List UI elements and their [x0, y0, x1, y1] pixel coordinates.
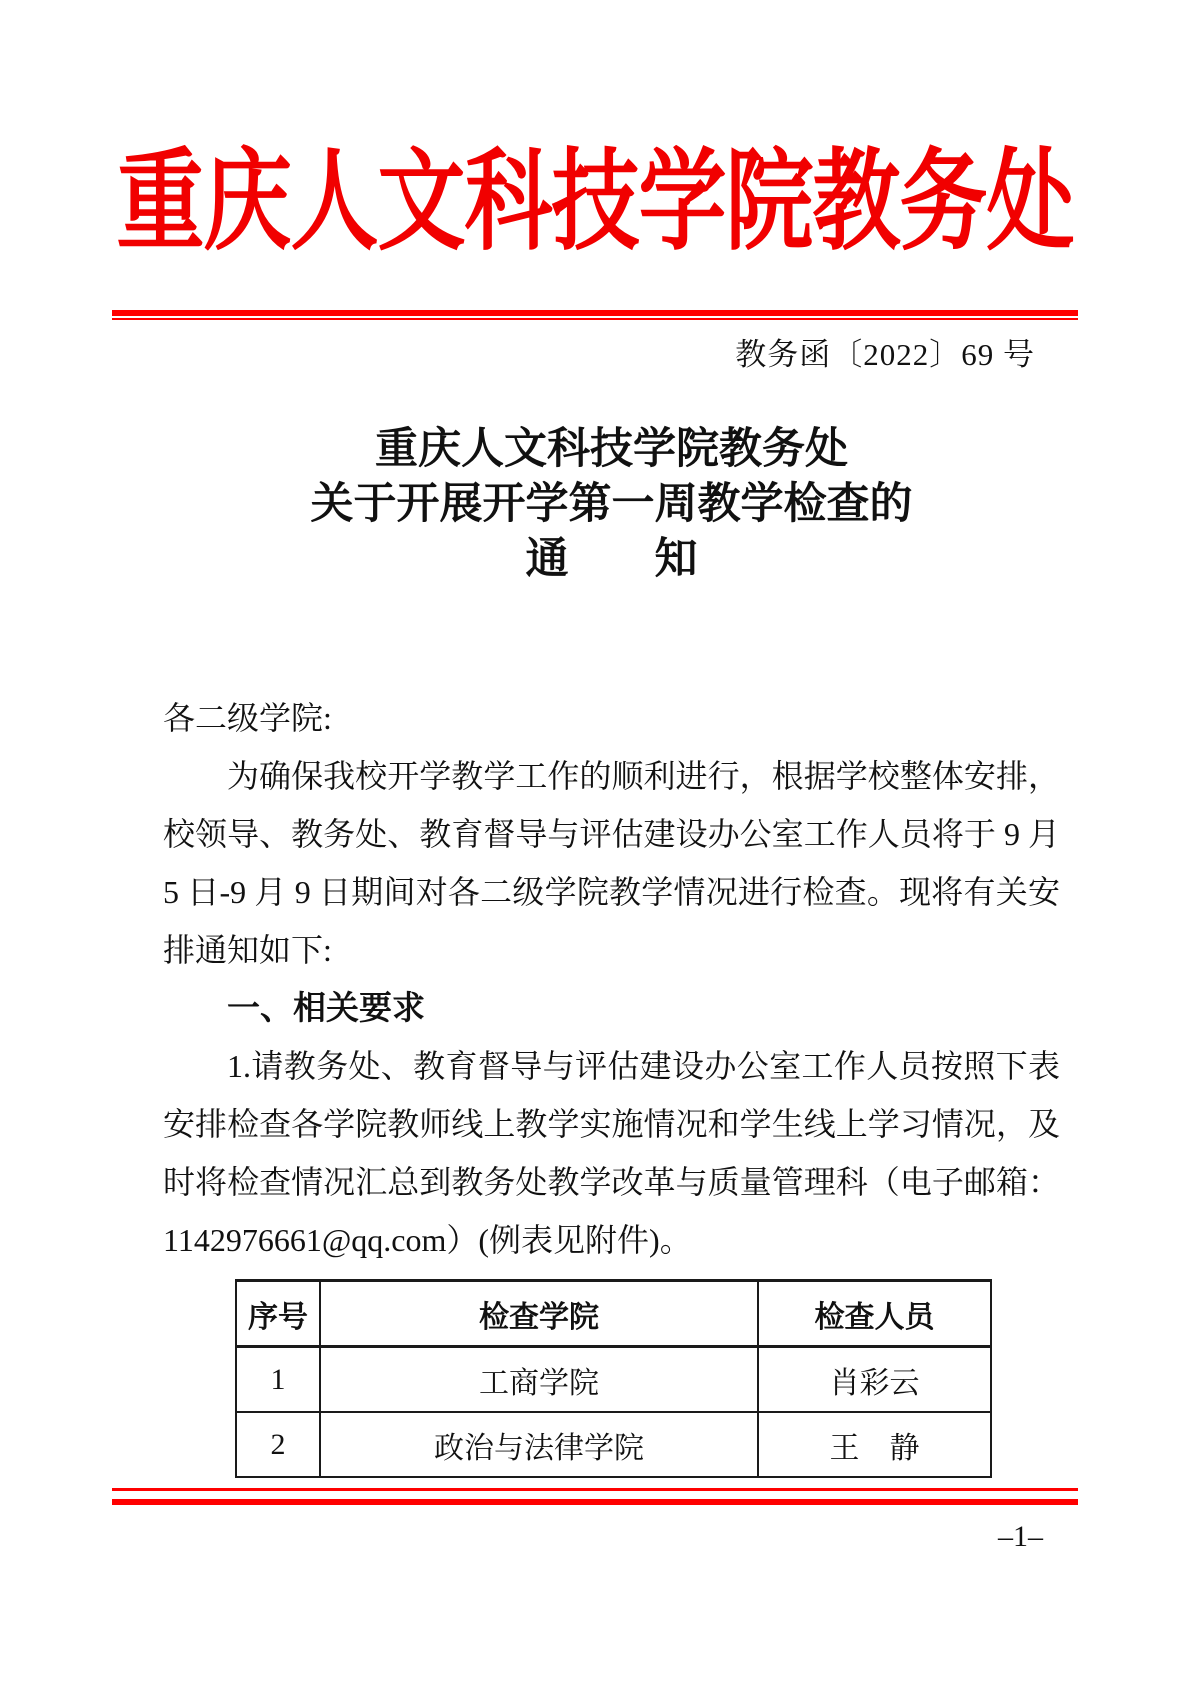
salutation: 各二级学院:	[163, 689, 1060, 747]
cell-inspector: 王 静	[758, 1412, 991, 1477]
document-number: 教务函〔2022〕69 号	[163, 336, 1060, 374]
cell-serial-number: 2	[236, 1412, 320, 1477]
red-double-rule-top	[112, 310, 1078, 320]
letterhead-banner: 重庆人文科技学院教务处	[112, 118, 1078, 268]
header-serial-number: 序号	[236, 1281, 320, 1347]
document-page: 重庆人文科技学院教务处 教务函〔2022〕69 号 重庆人文科技学院教务处 关于…	[0, 0, 1191, 1684]
document-title: 重庆人文科技学院教务处 关于开展开学第一周教学检查的 通 知	[163, 422, 1060, 587]
table-row: 2 政治与法律学院 王 静	[236, 1412, 991, 1477]
paragraph-2: 1.请教务处、教育督导与评估建设办公室工作人员按照下表安排检查各学院教师线上教学…	[163, 1037, 1060, 1269]
document-body: 各二级学院: 为确保我校开学教学工作的顺利进行，根据学校整体安排，校领导、教务处…	[163, 689, 1060, 1269]
title-line-2: 关于开展开学第一周教学检查的	[163, 477, 1060, 532]
table-row: 1 工商学院 肖彩云	[236, 1347, 991, 1413]
cell-inspected-college: 政治与法律学院	[320, 1412, 758, 1477]
title-line-1: 重庆人文科技学院教务处	[163, 422, 1060, 477]
text-column: 教务函〔2022〕69 号 重庆人文科技学院教务处 关于开展开学第一周教学检查的…	[163, 336, 1060, 1478]
cell-serial-number: 1	[236, 1347, 320, 1413]
page-number: –1–	[112, 1519, 1078, 1555]
cell-inspected-college: 工商学院	[320, 1347, 758, 1413]
red-double-rule-bottom	[112, 1488, 1078, 1505]
title-line-3: 通 知	[163, 532, 1060, 587]
cell-inspector: 肖彩云	[758, 1347, 991, 1413]
content-column: 重庆人文科技学院教务处 教务函〔2022〕69 号 重庆人文科技学院教务处 关于…	[112, 118, 1078, 1555]
header-inspector: 检查人员	[758, 1281, 991, 1347]
section-1-heading: 一、相关要求	[163, 979, 1060, 1037]
org-name-banner: 重庆人文科技学院教务处	[116, 114, 1073, 272]
paragraph-1: 为确保我校开学教学工作的顺利进行，根据学校整体安排，校领导、教务处、教育督导与评…	[163, 747, 1060, 979]
header-inspected-college: 检查学院	[320, 1281, 758, 1347]
inspection-table: 序号 检查学院 检查人员 1 工商学院 肖彩云 2 政治与法律学院 王 静	[235, 1279, 992, 1478]
table-header-row: 序号 检查学院 检查人员	[236, 1281, 991, 1347]
